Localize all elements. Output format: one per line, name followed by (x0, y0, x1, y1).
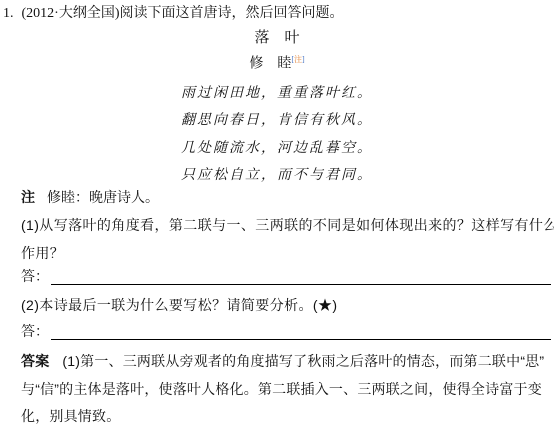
poem-author-line: 修 睦[注] (0, 55, 554, 73)
poem-verse-4: 只应松自立，而不与君同。 (0, 168, 554, 185)
answer-key-text-1: (1)第一、三两联从旁观者的角度描写了秋雨之后落叶的情态，而第二联中“思” (62, 353, 544, 369)
poem-verse-3: 几处随流水，河边乱暮空。 (0, 141, 554, 158)
item-intro-text: (2012·大纲全国)阅读下面这首唐诗，然后回答问题。 (22, 6, 344, 23)
poem-footnote: 注修睦：晚唐诗人。 (21, 189, 159, 206)
answer-key-line3: 化，别具情致。 (21, 408, 120, 425)
answer-key-line2: 与“信”的主体是落叶，使落叶人格化。第二联插入一、三两联之间，使得全诗富于变 (21, 381, 542, 398)
question1-text-line1: (1)从写落叶的角度看，第二联与一、三两联的不同是如何体现出来的？这样写有什么 (21, 217, 554, 234)
exam-page: 1. (2012·大纲全国)阅读下面这首唐诗，然后回答问题。 落 叶 修 睦[注… (0, 0, 554, 436)
question-intro-line: 1. (2012·大纲全国)阅读下面这首唐诗，然后回答问题。 (3, 6, 344, 23)
poem-verse-1: 雨过闲田地，重重落叶红。 (0, 86, 554, 103)
question2-answer-blank (51, 325, 551, 340)
poem-verse-2: 翻思向春日，肯信有秋风。 (0, 113, 554, 130)
question2-answer-label: 答： (21, 323, 49, 340)
poem-title: 落 叶 (0, 29, 554, 47)
question2-text-line1: (2)本诗最后一联为什么要写松？请简要分析。(★) (21, 297, 337, 314)
question1-answer-label: 答： (21, 268, 49, 285)
question2-answer-row: 答： (21, 324, 551, 340)
answer-key-line1: 答案(1)第一、三两联从旁观者的角度描写了秋雨之后落叶的情态，而第二联中“思” (21, 353, 544, 370)
author-note-marker: [注] (291, 55, 304, 64)
answer-key-label: 答案 (21, 353, 49, 369)
item-number: 1. (3, 6, 14, 23)
question1-answer-blank (51, 270, 551, 285)
question1-answer-row: 答： (21, 269, 551, 285)
footnote-label: 注 (21, 189, 35, 205)
question1-text-line2: 作用？ (21, 245, 64, 262)
footnote-text: 修睦：晚唐诗人。 (47, 189, 159, 205)
poem-author-name: 修 睦 (249, 57, 291, 72)
